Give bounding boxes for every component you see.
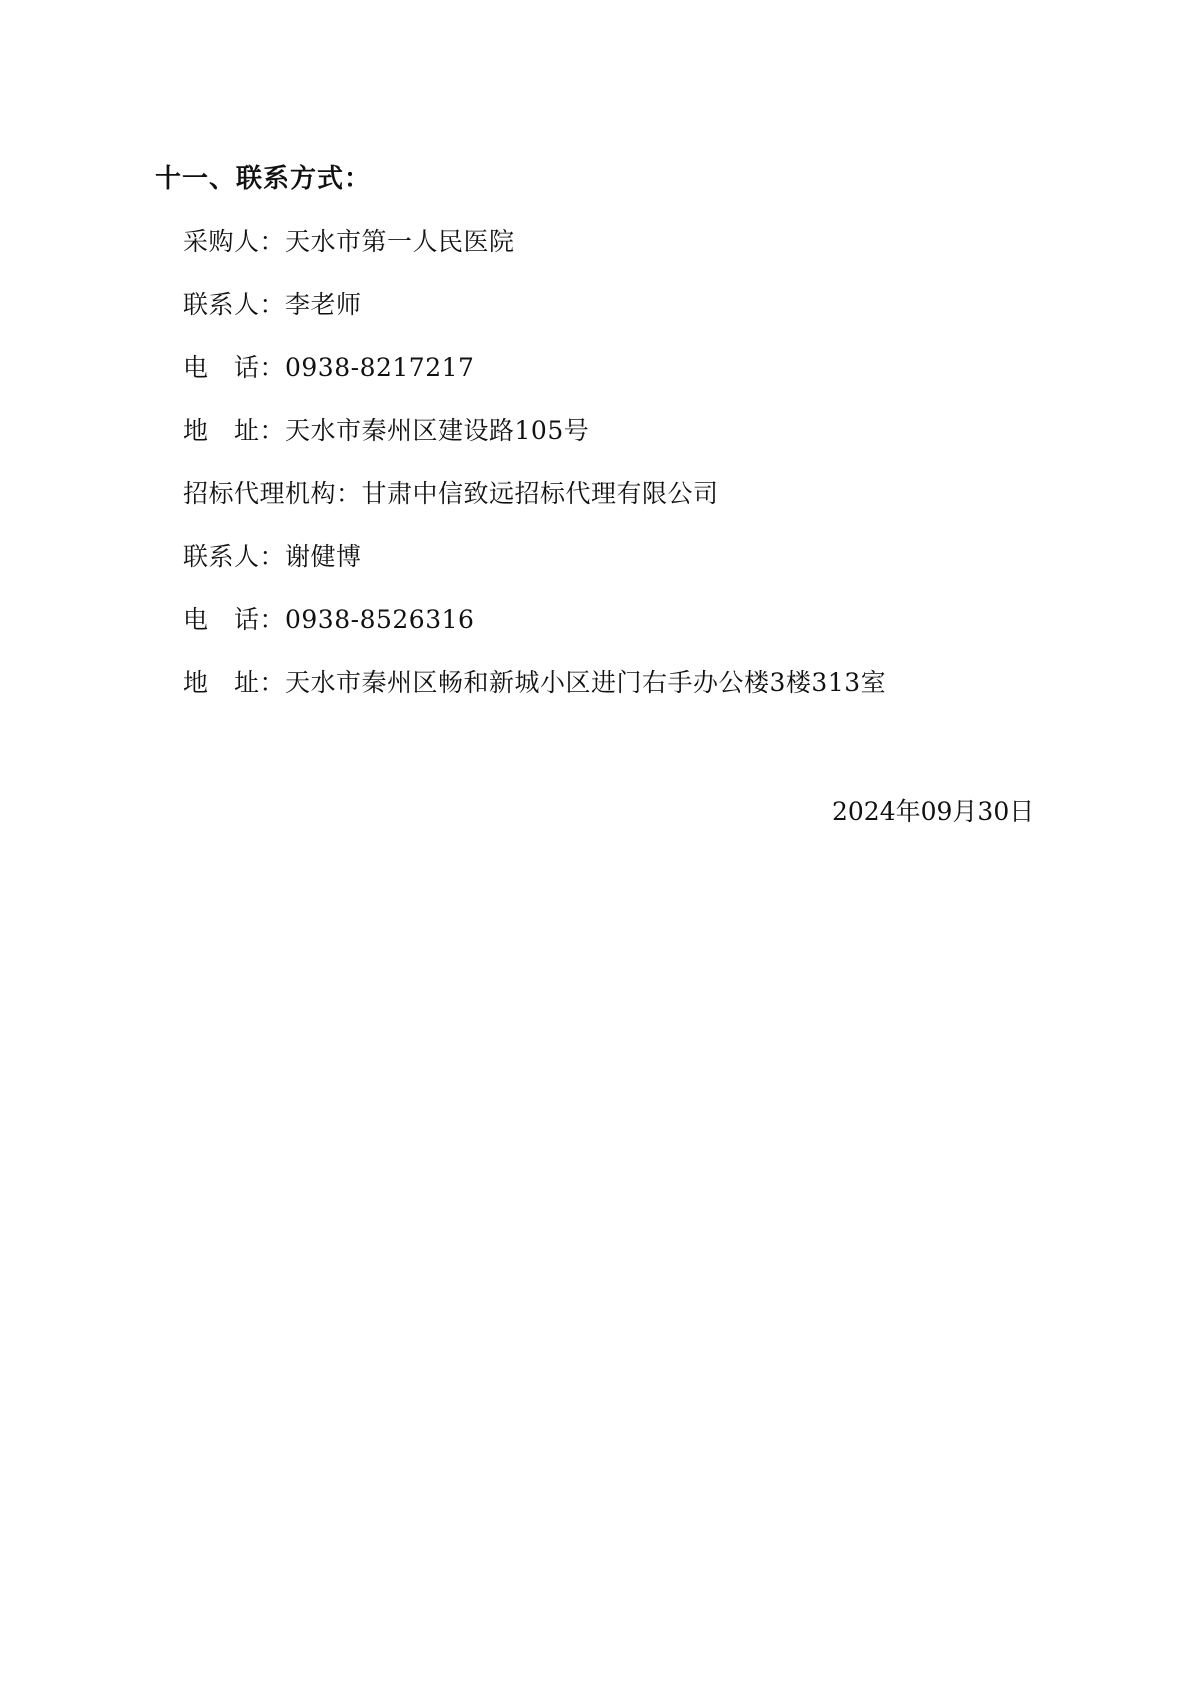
agency-phone-line: 电 话：0938-8526316 [183, 600, 474, 636]
agency-contact-line: 联系人：谢健博 [183, 537, 362, 573]
agency-address-line: 地 址：天水市秦州区畅和新城小区进门右手办公楼3楼313室 [183, 663, 886, 699]
purchaser-address-line: 地 址：天水市秦州区建设路105号 [183, 411, 589, 447]
purchaser-line: 采购人：天水市第一人民医院 [183, 222, 515, 258]
agency-line: 招标代理机构：甘肃中信致远招标代理有限公司 [183, 474, 719, 510]
purchaser-phone-line: 电 话：0938-8217217 [183, 348, 474, 384]
section-heading: 十一、联系方式： [155, 158, 371, 195]
document-date: 2024年09月30日 [832, 792, 1034, 828]
purchaser-contact-line: 联系人：李老师 [183, 285, 362, 321]
